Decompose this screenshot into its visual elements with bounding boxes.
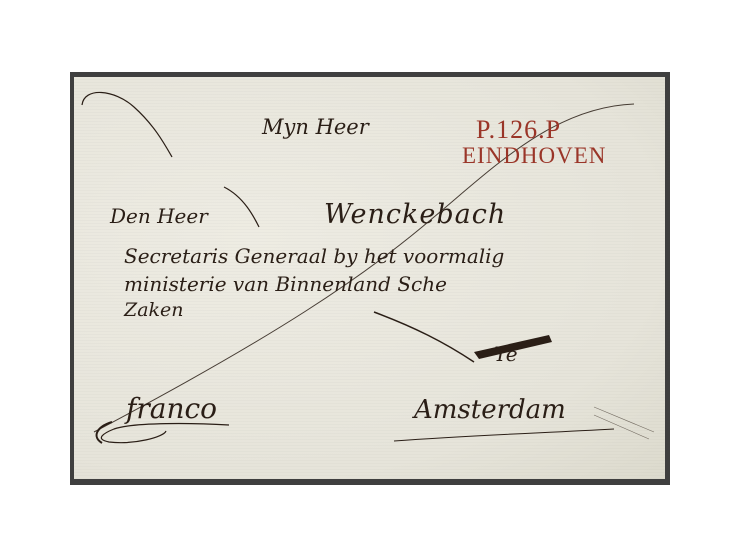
postmark-line2: EINDHOVEN bbox=[462, 143, 606, 169]
title-line-3: Zaken bbox=[124, 299, 184, 321]
letter-paper: P.126.P EINDHOVEN Myn Heer Den Heer Wenc… bbox=[74, 77, 665, 479]
title-line-2: ministerie van Binnenland Sche bbox=[124, 272, 447, 296]
postmark-line1: P.126.P bbox=[462, 117, 606, 143]
postmark: P.126.P EINDHOVEN bbox=[462, 117, 606, 169]
title-line-1: Secretaris Generaal by het voormalig bbox=[124, 244, 504, 268]
recipient-name: Wenckebach bbox=[324, 199, 506, 230]
franking-note: franco bbox=[126, 392, 217, 425]
recipient-prefix: Den Heer bbox=[110, 204, 208, 228]
destination-prefix: Te bbox=[494, 342, 518, 366]
salutation: Myn Heer bbox=[262, 115, 369, 139]
destination: Amsterdam bbox=[414, 395, 566, 425]
photo-frame: P.126.P EINDHOVEN Myn Heer Den Heer Wenc… bbox=[70, 72, 670, 485]
